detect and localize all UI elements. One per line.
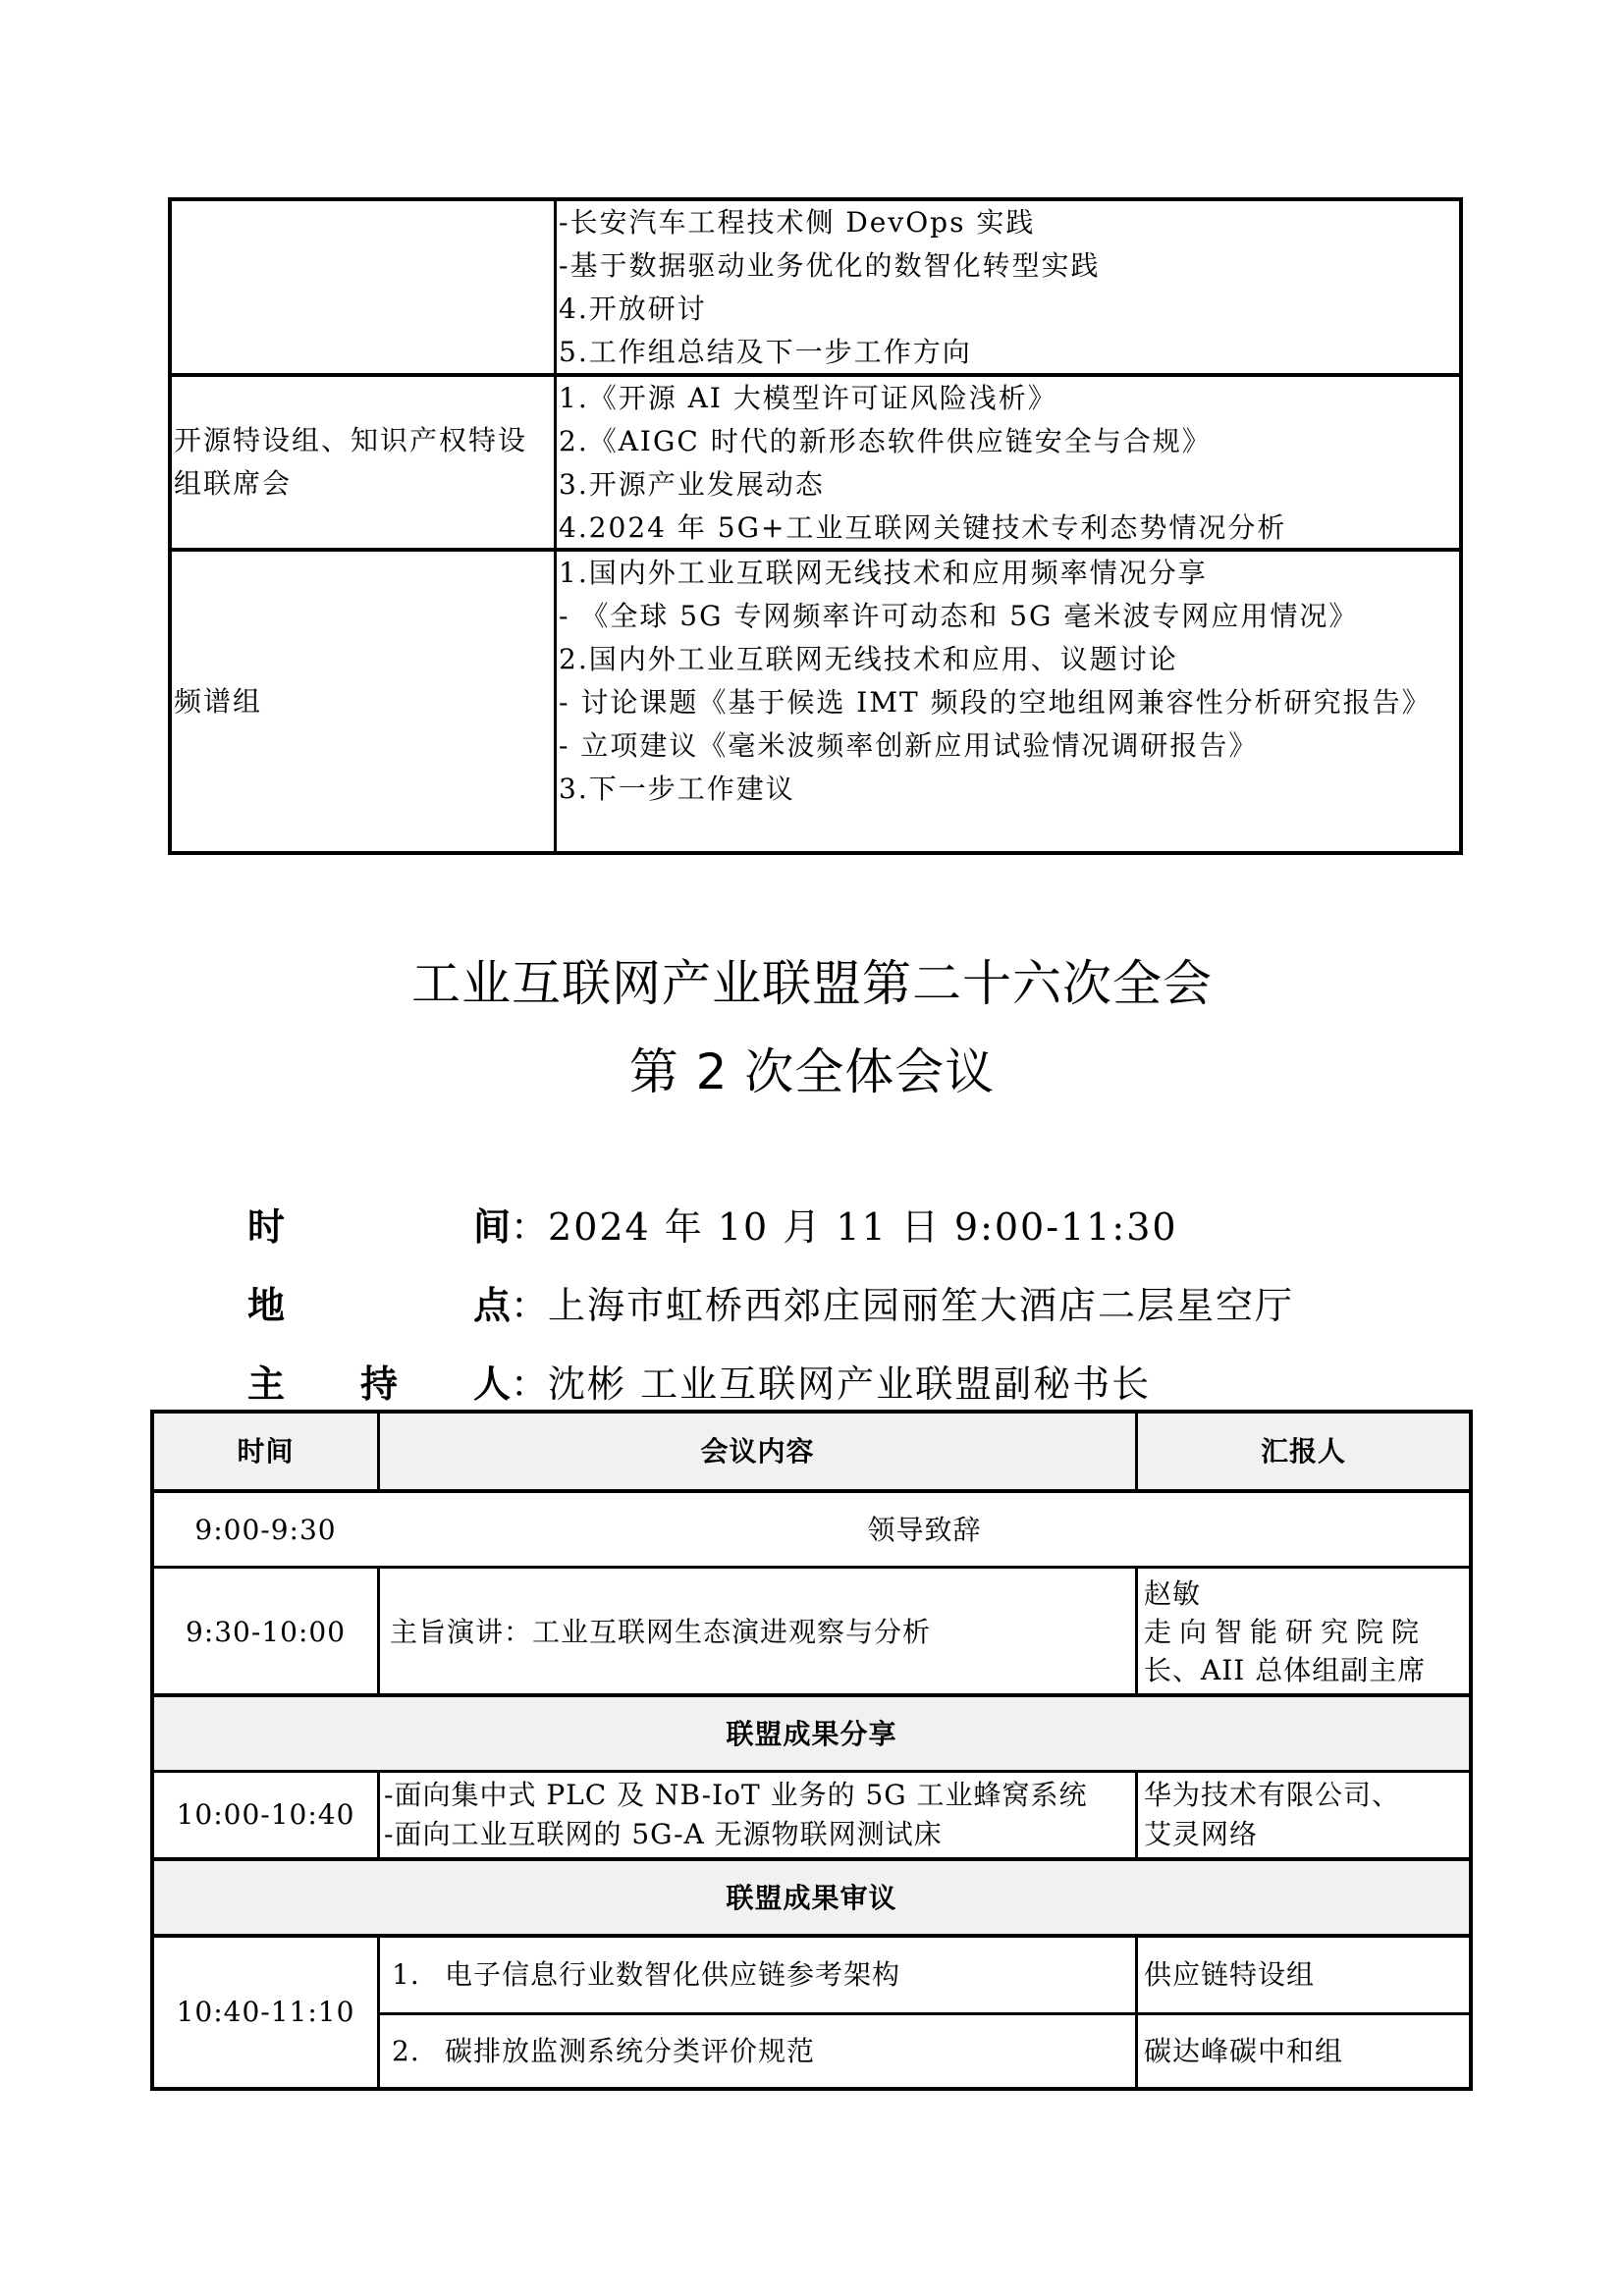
meeting-title: 工业互联网产业联盟第二十六次全会 <box>0 944 1624 1015</box>
list-item: - 立项建议《毫米波频率创新应用试验情况调研报告》 <box>559 724 1459 768</box>
table-row: -长安汽车工程技术侧 DevOps 实践 -基于数据驱动业务优化的数智化转型实践… <box>172 201 1459 373</box>
list-item: 1.国内外工业互联网无线技术和应用频率情况分享 <box>559 552 1459 595</box>
info-value: 2024 年 10 月 11 日 9:00-11:30 <box>548 1205 1178 1249</box>
list-item: - 《全球 5G 专网频率许可动态和 5G 毫米波专网应用情况》 <box>559 595 1459 638</box>
table-row: 频谱组 1.国内外工业互联网无线技术和应用频率情况分享 - 《全球 5G 专网频… <box>172 548 1459 851</box>
row-time: 10:40-11:10 <box>154 1938 377 2087</box>
row-time: 9:30-10:00 <box>154 1569 377 1695</box>
row-content: 主旨演讲：工业互联网生态演进观察与分析 <box>390 1569 1135 1695</box>
info-value: 上海市虹桥西郊庄园丽笙大酒店二层星空厅 <box>548 1284 1294 1327</box>
info-value: 沈彬 工业互联网产业联盟副秘书长 <box>548 1362 1151 1406</box>
agenda-table: 时间 会议内容 汇报人 9:00-9:30 领导致辞 9:30-10:00 主旨… <box>150 1410 1473 2091</box>
list-item: 4.2024 年 5G+工业互联网关键技术专利态势情况分析 <box>559 507 1459 550</box>
row-content: 2. 碳排放监测系统分类评价规范 <box>392 2015 1135 2087</box>
group-cell: 频谱组 <box>172 552 557 851</box>
info-time: 时间 ： 2024 年 10 月 11 日 9:00-11:30 <box>247 1205 1178 1249</box>
row-reporter: 碳达峰碳中和组 <box>1144 2015 1469 2087</box>
header-time: 时间 <box>154 1414 377 1490</box>
items-cell: 1.《开源 AI 大模型许可证风险浅析》 2.《AIGC 时代的新形态软件供应链… <box>557 377 1459 548</box>
info-host: 主持人 ： 沈彬 工业互联网产业联盟副秘书长 <box>247 1362 1151 1406</box>
row-reporter: 供应链特设组 <box>1144 1938 1469 2012</box>
column-divider <box>1135 1566 1138 1697</box>
items-cell: 1.国内外工业互联网无线技术和应用频率情况分享 - 《全球 5G 专网频率许可动… <box>557 552 1459 851</box>
group-cell: 开源特设组、知识产权特设组联席会 <box>172 377 557 548</box>
column-divider <box>1135 1414 1138 1493</box>
info-label: 地点 <box>247 1284 511 1327</box>
meeting-subtitle: 第 2 次全体会议 <box>0 1033 1624 1103</box>
list-item: - 讨论课题《基于候选 IMT 频段的空地组网兼容性分析研究报告》 <box>559 681 1459 724</box>
info-label: 时间 <box>247 1205 511 1249</box>
column-divider <box>377 1770 380 1861</box>
row-content: 1. 电子信息行业数智化供应链参考架构 <box>392 1938 1135 2012</box>
info-location: 地点 ： 上海市虹桥西郊庄园丽笙大酒店二层星空厅 <box>247 1284 1294 1327</box>
column-divider <box>377 1414 380 1493</box>
row-reporter: 华为技术有限公司、 艾灵网络 <box>1144 1773 1469 1857</box>
column-divider <box>377 1566 380 1697</box>
row-time: 10:00-10:40 <box>154 1773 377 1857</box>
list-item: -基于数据驱动业务优化的数智化转型实践 <box>559 244 1459 288</box>
list-item: 1.《开源 AI 大模型许可证风险浅析》 <box>559 377 1459 420</box>
group-cell <box>172 201 557 373</box>
section-header: 联盟成果分享 <box>154 1697 1469 1771</box>
header-reporter: 汇报人 <box>1138 1414 1469 1490</box>
row-content: -面向集中式 PLC 及 NB-IoT 业务的 5G 工业蜂窝系统 -面向工业互… <box>384 1773 1135 1857</box>
column-divider <box>377 1934 380 2091</box>
list-item: 4.开放研讨 <box>559 288 1459 331</box>
continuation-table: -长安汽车工程技术侧 DevOps 实践 -基于数据驱动业务优化的数智化转型实践… <box>168 197 1463 855</box>
column-divider <box>1135 1770 1138 1861</box>
items-cell: -长安汽车工程技术侧 DevOps 实践 -基于数据驱动业务优化的数智化转型实践… <box>557 201 1459 373</box>
list-item: -长安汽车工程技术侧 DevOps 实践 <box>559 201 1459 244</box>
list-item: 3.下一步工作建议 <box>559 768 1459 811</box>
list-item: 2.《AIGC 时代的新形态软件供应链安全与合规》 <box>559 420 1459 463</box>
table-row: 开源特设组、知识产权特设组联席会 1.《开源 AI 大模型许可证风险浅析》 2.… <box>172 373 1459 548</box>
info-label: 主持人 <box>247 1362 511 1406</box>
header-content: 会议内容 <box>380 1414 1135 1490</box>
column-divider <box>1135 1934 1138 2091</box>
row-reporter: 赵敏 走向智能研究院院 长、AII 总体组副主席 <box>1144 1569 1469 1695</box>
list-item: 5.工作组总结及下一步工作方向 <box>559 331 1459 374</box>
list-item: 2.国内外工业互联网无线技术和应用、议题讨论 <box>559 638 1459 681</box>
row-time: 9:00-9:30 <box>154 1493 377 1567</box>
list-item: 3.开源产业发展动态 <box>559 463 1459 507</box>
row-content: 领导致辞 <box>380 1493 1469 1567</box>
section-header: 联盟成果审议 <box>154 1861 1469 1935</box>
